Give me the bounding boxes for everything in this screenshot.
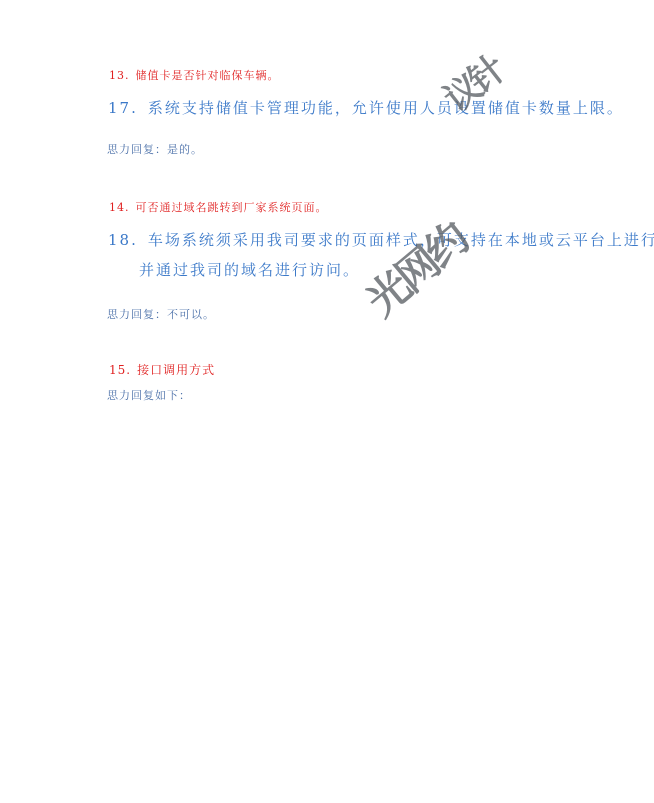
requirement-text: 系统支持储值卡管理功能，允许使用人员设置储值卡数量上限。 bbox=[148, 99, 624, 117]
requirement-number: 17. bbox=[108, 99, 138, 117]
question-15: 15.接口调用方式 bbox=[109, 361, 215, 378]
requirement-number: 18. bbox=[108, 231, 138, 249]
question-text: 接口调用方式 bbox=[137, 363, 215, 377]
requirement-text-line-1: 车场系统须采用我司要求的页面样式，可支持在本地或云平台上进行部署， bbox=[148, 231, 654, 249]
question-14: 14.可否通过域名跳转到厂家系统页面。 bbox=[109, 199, 328, 215]
reply-text: 思力回复如下： bbox=[107, 389, 191, 402]
watermark-fragment-2: 光网约 bbox=[352, 209, 478, 328]
question-text: 储值卡是否针对临保车辆。 bbox=[136, 69, 280, 82]
reply-13: 思力回复：是的。 bbox=[107, 141, 203, 157]
question-13: 13.储值卡是否针对临保车辆。 bbox=[109, 67, 280, 83]
reply-15: 思力回复如下： bbox=[107, 387, 191, 403]
question-number: 15. bbox=[109, 363, 131, 377]
requirement-18-continued: 并通过我司的域名进行访问。 bbox=[139, 259, 360, 280]
reply-text: 思力回复：是的。 bbox=[107, 143, 203, 156]
reply-14: 思力回复：不可以。 bbox=[107, 306, 215, 322]
requirement-18: 18.车场系统须采用我司要求的页面样式，可支持在本地或云平台上进行部署， bbox=[108, 229, 654, 250]
question-number: 14. bbox=[109, 201, 130, 214]
reply-text: 思力回复：不可以。 bbox=[107, 308, 215, 321]
requirement-text-line-2: 并通过我司的域名进行访问。 bbox=[139, 261, 360, 279]
question-number: 13. bbox=[109, 69, 130, 82]
question-text: 可否通过域名跳转到厂家系统页面。 bbox=[136, 201, 328, 214]
document-page: 13.储值卡是否针对临保车辆。 17.系统支持储值卡管理功能，允许使用人员设置储… bbox=[0, 0, 654, 803]
requirement-17: 17.系统支持储值卡管理功能，允许使用人员设置储值卡数量上限。 bbox=[108, 97, 624, 118]
